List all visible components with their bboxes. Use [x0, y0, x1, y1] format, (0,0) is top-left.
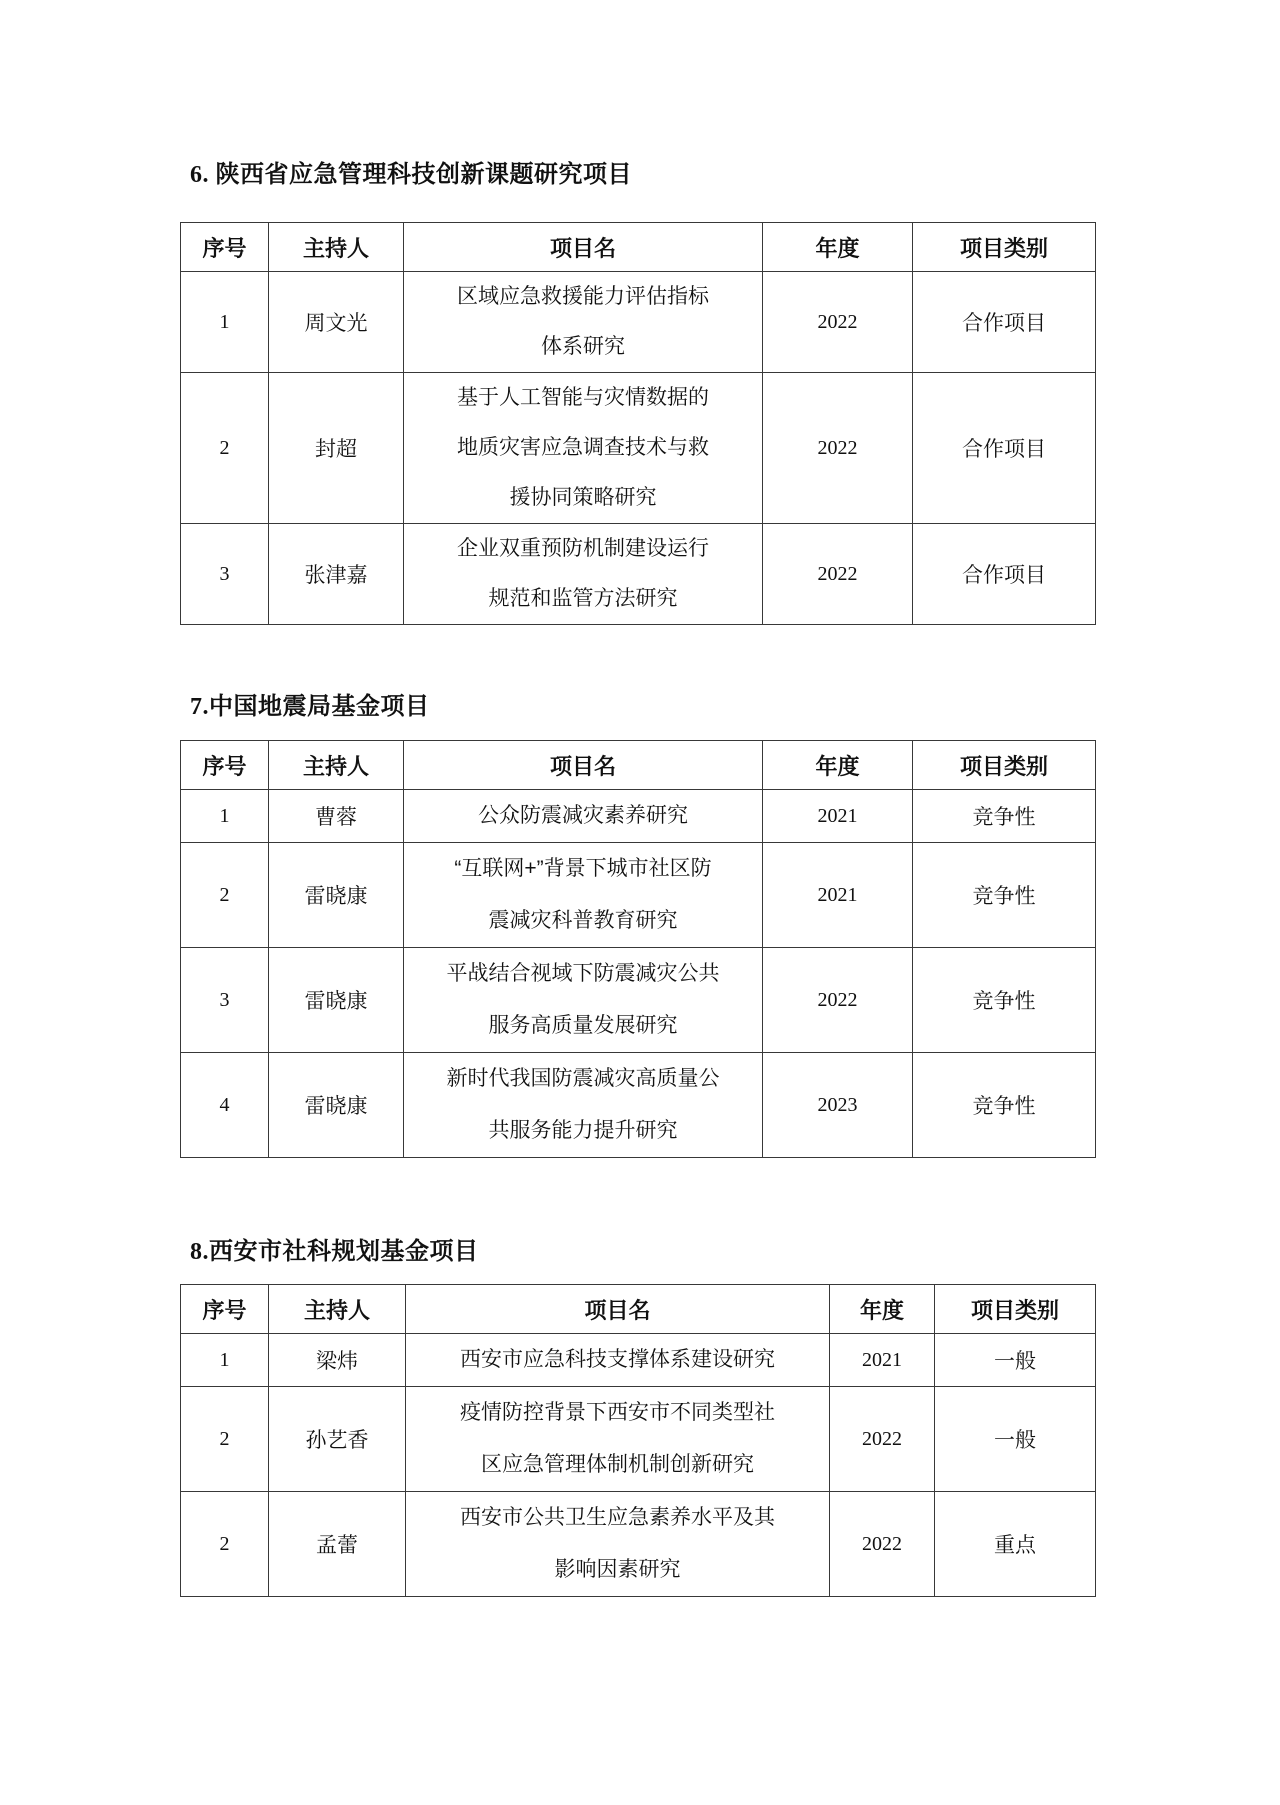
cell-leader: 雷晓康 [269, 843, 404, 948]
cell-leader: 孟蕾 [269, 1492, 406, 1597]
cell-no: 1 [181, 790, 269, 843]
header-leader: 主持人 [269, 1285, 406, 1334]
heading-text: 中国地震局基金项目 [209, 693, 430, 720]
projects-table-shaanxi: 序号 主持人 项目名 年度 项目类别 1 周文光 区域应急救援能力评估指标 体系… [180, 222, 1096, 625]
cell-leader: 周文光 [269, 272, 404, 373]
project-line: 企业双重预防机制建设运行 [404, 524, 762, 574]
document-page: { "sections": [ { "heading_number": "6. … [0, 0, 1280, 1805]
table-header-row: 序号 主持人 项目名 年度 项目类别 [181, 223, 1096, 272]
table-row: 1 周文光 区域应急救援能力评估指标 体系研究 2022 合作项目 [181, 272, 1096, 373]
heading-text: 陕西省应急管理科技创新课题研究项目 [216, 161, 633, 188]
projects-table-xian: 序号 主持人 项目名 年度 项目类别 1 梁炜 西安市应急科技支撑体系建设研究 … [180, 1284, 1096, 1597]
project-line: 新时代我国防震减灾高质量公 [404, 1053, 762, 1105]
header-category: 项目类别 [935, 1285, 1096, 1334]
cell-year: 2022 [763, 524, 913, 625]
cell-project: 平战结合视域下防震减灾公共 服务高质量发展研究 [404, 948, 763, 1053]
cell-no: 4 [181, 1053, 269, 1158]
cell-leader: 雷晓康 [269, 948, 404, 1053]
cell-project: “互联网+”背景下城市社区防 震减灾科普教育研究 [404, 843, 763, 948]
header-year: 年度 [830, 1285, 935, 1334]
cell-no: 1 [181, 1334, 269, 1387]
section-shaanxi-emergency-projects: 6. 陕西省应急管理科技创新课题研究项目 序号 主持人 项目名 年度 项目类别 … [180, 157, 1096, 625]
section-heading: 8.西安市社科规划基金项目 [190, 1234, 1096, 1270]
cell-category: 重点 [935, 1492, 1096, 1597]
header-year: 年度 [763, 741, 913, 790]
table-header-row: 序号 主持人 项目名 年度 项目类别 [181, 741, 1096, 790]
table-row: 2 孟蕾 西安市公共卫生应急素养水平及其 影响因素研究 2022 重点 [181, 1492, 1096, 1597]
table-header-row: 序号 主持人 项目名 年度 项目类别 [181, 1285, 1096, 1334]
cell-year: 2022 [830, 1387, 935, 1492]
cell-year: 2022 [763, 373, 913, 524]
project-line: 地质灾害应急调查技术与救 [404, 423, 762, 473]
table-row: 1 梁炜 西安市应急科技支撑体系建设研究 2021 一般 [181, 1334, 1096, 1387]
project-line: 援协同策略研究 [404, 473, 762, 523]
header-project: 项目名 [404, 223, 763, 272]
project-line: 疫情防控背景下西安市不同类型社 [406, 1387, 829, 1439]
cell-project: 疫情防控背景下西安市不同类型社 区应急管理体制机制创新研究 [406, 1387, 830, 1492]
header-no: 序号 [181, 741, 269, 790]
heading-number: 6. [190, 162, 216, 188]
cell-no: 3 [181, 524, 269, 625]
cell-leader: 封超 [269, 373, 404, 524]
cell-project: 公众防震减灾素养研究 [404, 790, 763, 843]
cell-category: 一般 [935, 1387, 1096, 1492]
project-line: 西安市应急科技支撑体系建设研究 [406, 1334, 829, 1386]
project-line: 西安市公共卫生应急素养水平及其 [406, 1492, 829, 1544]
cell-category: 竞争性 [913, 948, 1096, 1053]
project-line: 区应急管理体制机制创新研究 [406, 1439, 829, 1491]
cell-no: 2 [181, 373, 269, 524]
project-line: 规范和监管方法研究 [404, 574, 762, 624]
project-line: 区域应急救援能力评估指标 [404, 272, 762, 322]
heading-number: 7. [190, 694, 209, 720]
cell-project: 企业双重预防机制建设运行 规范和监管方法研究 [404, 524, 763, 625]
cell-category: 合作项目 [913, 373, 1096, 524]
cell-leader: 曹蓉 [269, 790, 404, 843]
cell-year: 2023 [763, 1053, 913, 1158]
section-heading: 6. 陕西省应急管理科技创新课题研究项目 [190, 157, 1096, 193]
cell-project: 西安市应急科技支撑体系建设研究 [406, 1334, 830, 1387]
table-row: 2 孙艺香 疫情防控背景下西安市不同类型社 区应急管理体制机制创新研究 2022… [181, 1387, 1096, 1492]
table-row: 1 曹蓉 公众防震减灾素养研究 2021 竞争性 [181, 790, 1096, 843]
header-leader: 主持人 [269, 223, 404, 272]
cell-year: 2021 [763, 843, 913, 948]
cell-category: 竞争性 [913, 1053, 1096, 1158]
header-category: 项目类别 [913, 223, 1096, 272]
cell-leader: 张津嘉 [269, 524, 404, 625]
cell-year: 2022 [830, 1492, 935, 1597]
project-line: 服务高质量发展研究 [404, 1000, 762, 1052]
header-project: 项目名 [406, 1285, 830, 1334]
project-line: 基于人工智能与灾情数据的 [404, 373, 762, 423]
header-category: 项目类别 [913, 741, 1096, 790]
cell-no: 2 [181, 843, 269, 948]
cell-project: 区域应急救援能力评估指标 体系研究 [404, 272, 763, 373]
header-project: 项目名 [404, 741, 763, 790]
cell-no: 1 [181, 272, 269, 373]
cell-no: 2 [181, 1492, 269, 1597]
cell-category: 合作项目 [913, 524, 1096, 625]
table-row: 4 雷晓康 新时代我国防震减灾高质量公 共服务能力提升研究 2023 竞争性 [181, 1053, 1096, 1158]
cell-category: 合作项目 [913, 272, 1096, 373]
cell-leader: 梁炜 [269, 1334, 406, 1387]
project-line: 影响因素研究 [406, 1544, 829, 1596]
cell-year: 2022 [763, 272, 913, 373]
cell-year: 2021 [830, 1334, 935, 1387]
project-line: 公众防震减灾素养研究 [404, 790, 762, 842]
cell-project: 基于人工智能与灾情数据的 地质灾害应急调查技术与救 援协同策略研究 [404, 373, 763, 524]
table-row: 3 张津嘉 企业双重预防机制建设运行 规范和监管方法研究 2022 合作项目 [181, 524, 1096, 625]
cell-no: 3 [181, 948, 269, 1053]
cell-year: 2021 [763, 790, 913, 843]
header-no: 序号 [181, 1285, 269, 1334]
heading-text: 西安市社科规划基金项目 [209, 1238, 479, 1265]
heading-number: 8. [190, 1239, 209, 1265]
header-no: 序号 [181, 223, 269, 272]
project-line: 震减灾科普教育研究 [404, 895, 762, 947]
table-row: 3 雷晓康 平战结合视域下防震减灾公共 服务高质量发展研究 2022 竞争性 [181, 948, 1096, 1053]
page-content: 6. 陕西省应急管理科技创新课题研究项目 序号 主持人 项目名 年度 项目类别 … [180, 0, 1096, 1597]
section-xian-social-science-projects: 8.西安市社科规划基金项目 序号 主持人 项目名 年度 项目类别 1 梁炜 [180, 1234, 1096, 1597]
cell-project: 新时代我国防震减灾高质量公 共服务能力提升研究 [404, 1053, 763, 1158]
table-row: 2 封超 基于人工智能与灾情数据的 地质灾害应急调查技术与救 援协同策略研究 2… [181, 373, 1096, 524]
cell-category: 竞争性 [913, 843, 1096, 948]
project-line: 共服务能力提升研究 [404, 1105, 762, 1157]
project-line: 平战结合视域下防震减灾公共 [404, 948, 762, 1000]
header-year: 年度 [763, 223, 913, 272]
cell-project: 西安市公共卫生应急素养水平及其 影响因素研究 [406, 1492, 830, 1597]
cell-no: 2 [181, 1387, 269, 1492]
project-line: 体系研究 [404, 322, 762, 372]
project-line: “互联网+”背景下城市社区防 [404, 843, 762, 895]
header-leader: 主持人 [269, 741, 404, 790]
projects-table-earthquake: 序号 主持人 项目名 年度 项目类别 1 曹蓉 公众防震减灾素养研究 2021 … [180, 740, 1096, 1158]
cell-year: 2022 [763, 948, 913, 1053]
cell-leader: 雷晓康 [269, 1053, 404, 1158]
table-row: 2 雷晓康 “互联网+”背景下城市社区防 震减灾科普教育研究 2021 竞争性 [181, 843, 1096, 948]
section-heading: 7.中国地震局基金项目 [190, 689, 1096, 725]
section-china-earthquake-admin-projects: 7.中国地震局基金项目 序号 主持人 项目名 年度 项目类别 1 曹蓉 [180, 689, 1096, 1158]
cell-category: 一般 [935, 1334, 1096, 1387]
cell-leader: 孙艺香 [269, 1387, 406, 1492]
cell-category: 竞争性 [913, 790, 1096, 843]
